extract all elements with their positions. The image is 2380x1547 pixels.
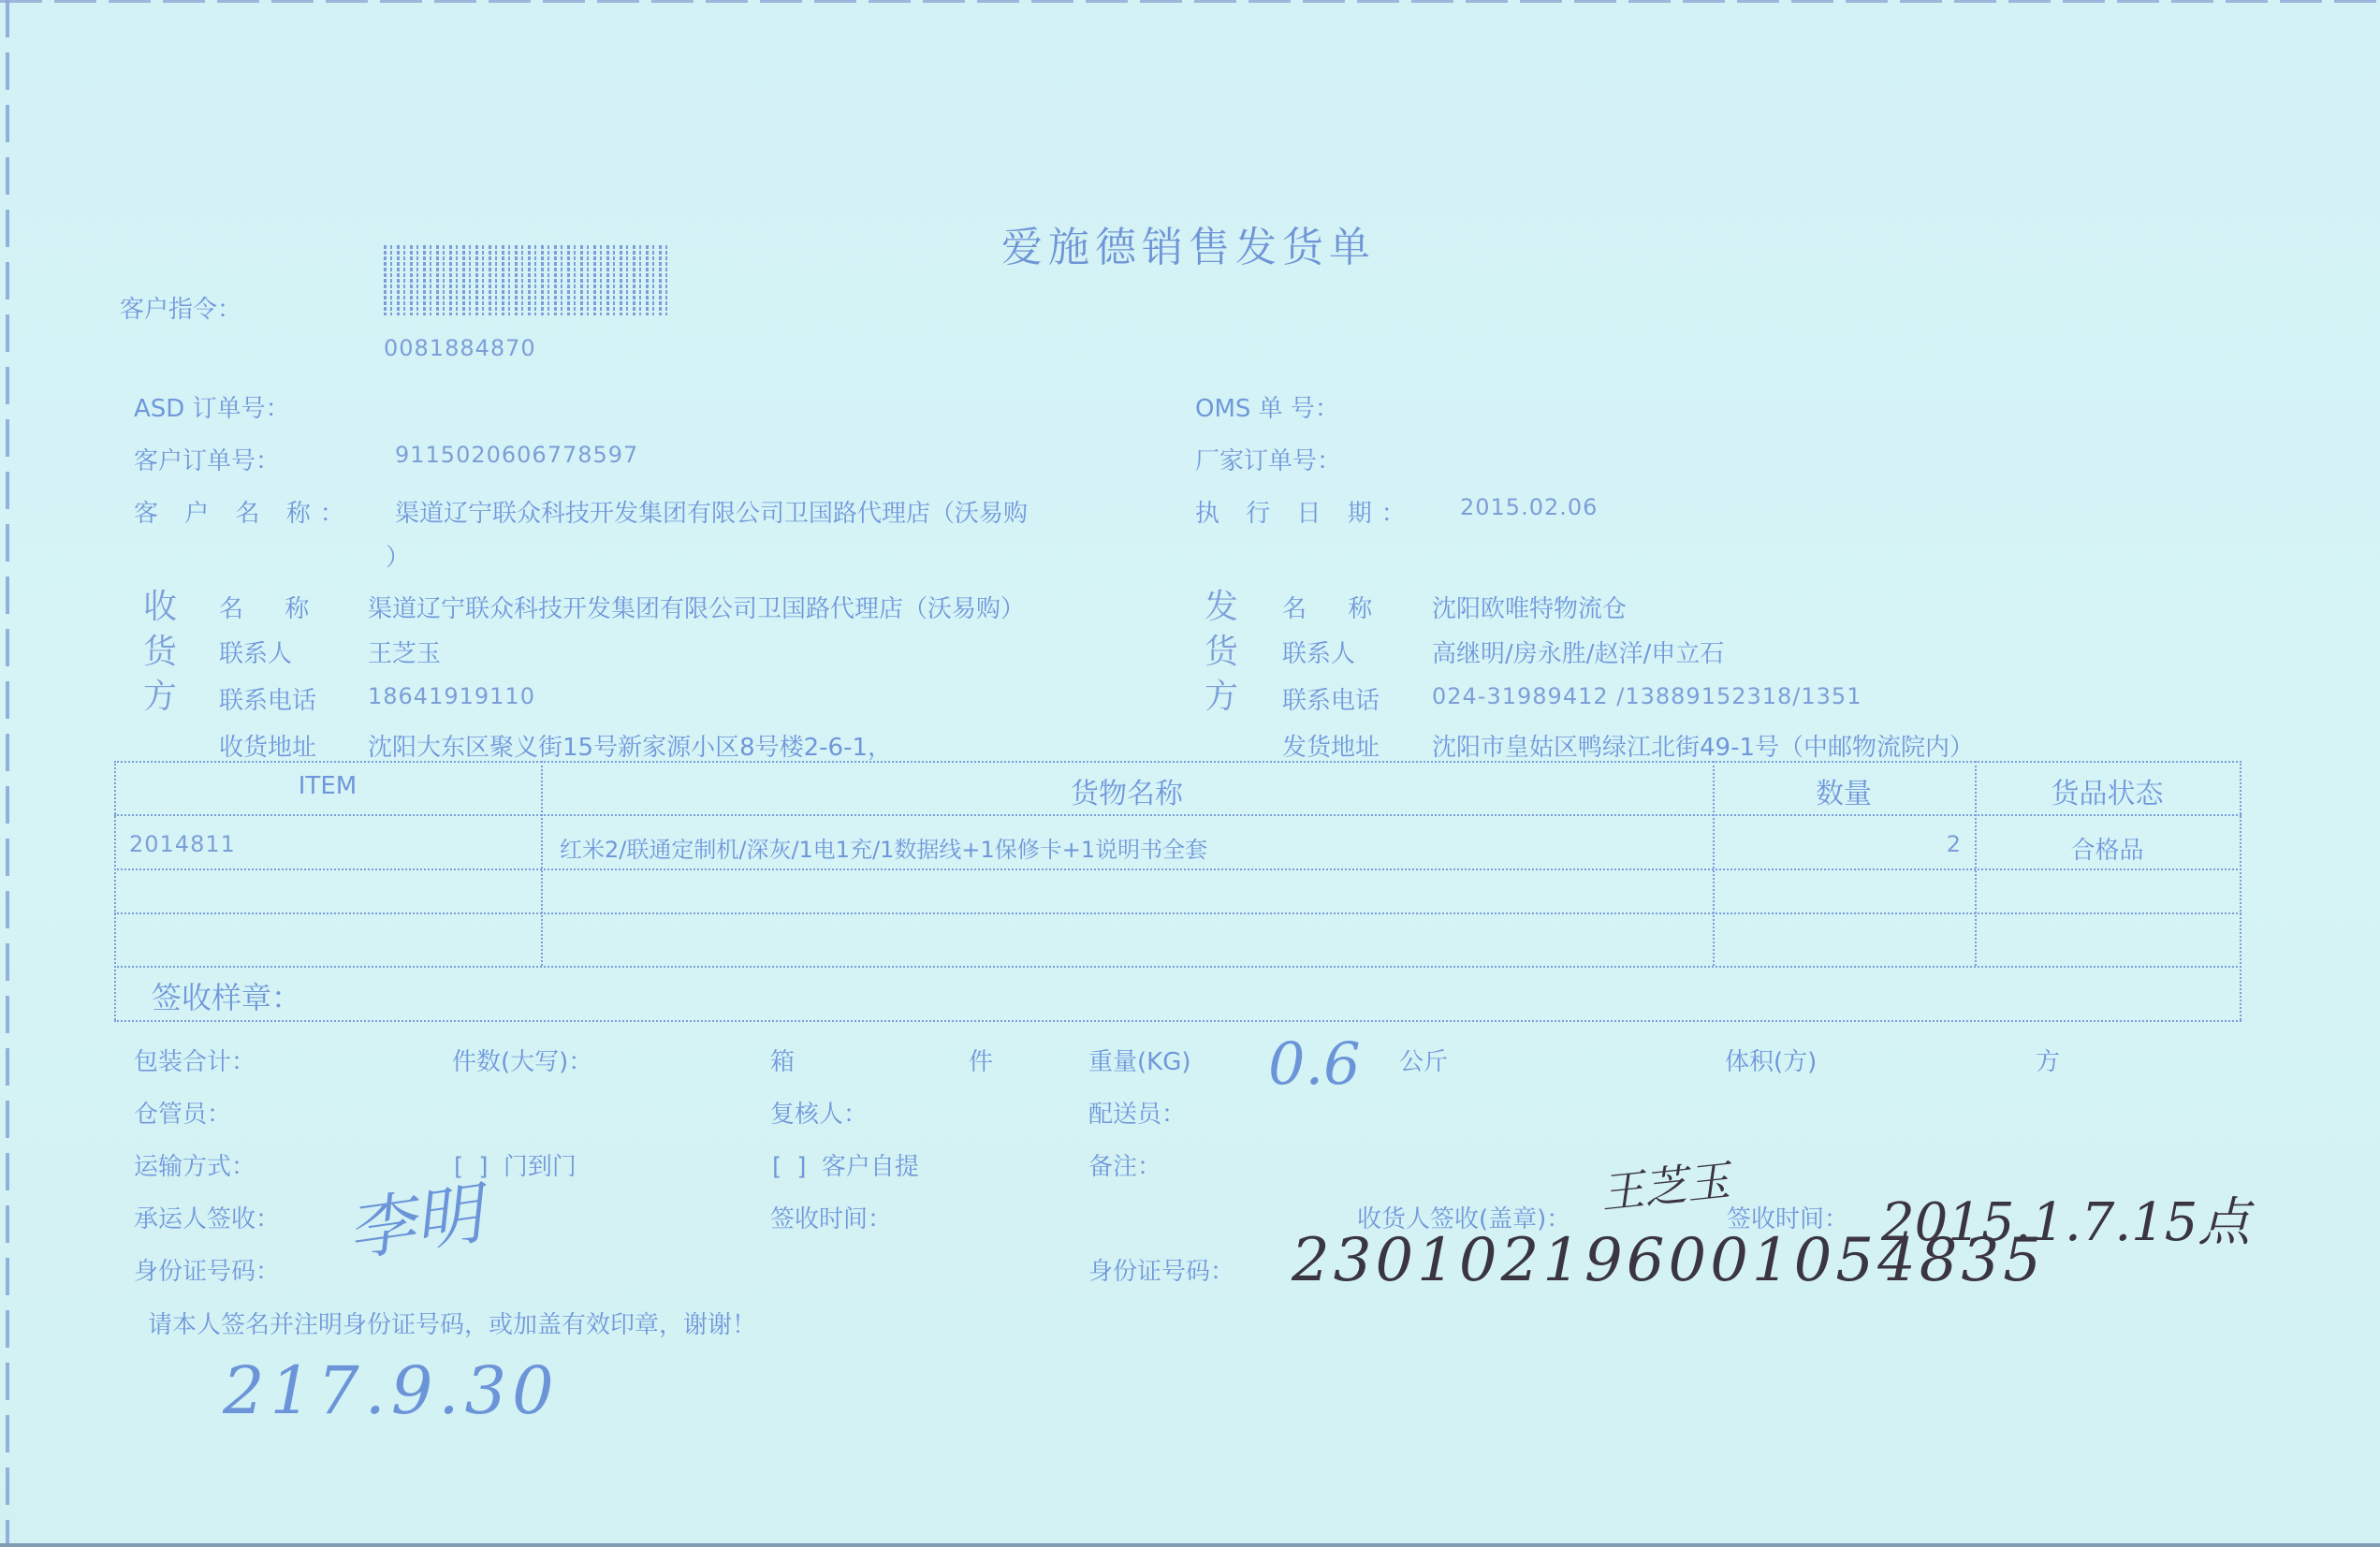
self-pickup-option[interactable]: [ ] 客户自提 (772, 1147, 919, 1182)
shipper-phone-label: 联系电话 (1282, 681, 1380, 716)
consignee-id-value: 230102196001054835 (1292, 1226, 2045, 1295)
consignee-side-char-1: 收 (143, 580, 177, 628)
shipper-side-char-1: 发 (1205, 580, 1238, 628)
package-total-label: 包装合计： (134, 1043, 256, 1077)
shipper-contact-label: 联系人 (1282, 635, 1355, 669)
shipper-side-char-3: 方 (1205, 670, 1238, 718)
customer-order-label: 客户订单号： (134, 442, 280, 476)
consignee-name-value: 渠道辽宁联众科技开发集团有限公司卫国路代理店（沃易购） (368, 590, 1025, 624)
handwritten-note: 217.9.30 (223, 1352, 560, 1429)
reviewer-label: 复核人： (770, 1095, 868, 1130)
volume-unit: 方 (2036, 1043, 2060, 1077)
header-item: ITEM (114, 772, 541, 800)
weight-label: 重量(KG) (1088, 1043, 1191, 1077)
customer-name-value: 渠道辽宁联众科技开发集团有限公司卫国路代理店（沃易购 (395, 494, 1028, 529)
customer-order-value: 9115020606778597 (395, 442, 638, 468)
header-status: 货品状态 (1975, 770, 2240, 811)
carrier-sign-label: 承运人签收： (134, 1200, 280, 1234)
consignee-address-value: 沈阳大东区聚义街15号新家源小区8号楼2-6-1， (368, 728, 892, 763)
weight-handwritten: 0.6 (1268, 1029, 1361, 1098)
asd-order-label: ASD 订单号： (134, 389, 290, 424)
sign-stamp-label: 签收样章： (152, 974, 301, 1017)
barcode (384, 245, 669, 315)
volume-label: 体积(方) (1725, 1043, 1817, 1077)
row-item: 2014811 (129, 831, 236, 857)
consignee-phone-label: 联系电话 (219, 681, 316, 716)
shipper-contact-value: 高继明/房永胜/赵洋/申立石 (1432, 635, 1724, 669)
dispatcher-label: 配送员： (1088, 1095, 1186, 1130)
row-status: 合格品 (1975, 831, 2240, 866)
consignee-id-label: 身份证号码： (1088, 1252, 1234, 1287)
consignee-side-char-2: 货 (143, 625, 177, 673)
exec-date-value: 2015.02.06 (1460, 494, 1598, 520)
consignee-name-label: 名 称 (219, 590, 326, 624)
carrier-id-label: 身份证号码： (134, 1252, 280, 1287)
header-goods-name: 货物名称 (541, 770, 1713, 811)
notice-text: 请本人签名并注明身份证号码，或加盖有效印章，谢谢！ (148, 1306, 756, 1340)
shipper-address-value: 沈阳市皇姑区鸭绿江北街49-1号（中邮物流院内） (1432, 728, 1974, 763)
consignee-contact-label: 联系人 (219, 635, 292, 669)
piece-label: 件 (969, 1043, 993, 1077)
customer-instruction-label: 客户指令： (120, 290, 241, 325)
box-label: 箱 (770, 1043, 795, 1077)
warehouse-keeper-label: 仓管员： (134, 1095, 231, 1130)
shipper-phone-value: 024-31989412 /13889152318/1351 (1432, 683, 1862, 709)
shipper-name-value: 沈阳欧唯特物流仓 (1432, 590, 1627, 624)
remarks-label: 备注： (1088, 1147, 1161, 1182)
goods-table: ITEM 货物名称 数量 货品状态 2014811 红米2/联通定制机/深灰/1… (114, 761, 2241, 1020)
oms-order-label: OMS 单 号： (1195, 389, 1339, 424)
header-quantity: 数量 (1713, 770, 1975, 811)
consignee-phone-value: 18641919110 (368, 683, 535, 709)
row-goods-name: 红米2/联通定制机/深灰/1电1充/1数据线+1保修卡+1说明书全套 (560, 831, 1207, 864)
customer-name-label: 客 户 名 称： (134, 494, 354, 529)
pieces-label: 件数(大写)： (452, 1043, 592, 1077)
carrier-sign-time-label: 签收时间： (770, 1200, 892, 1234)
consignee-contact-value: 王芝玉 (368, 635, 441, 669)
consignee-address-label: 收货地址 (219, 728, 316, 763)
shipper-address-label: 发货地址 (1282, 728, 1380, 763)
exec-date-label: 执 行 日 期： (1195, 494, 1415, 529)
transport-label: 运输方式： (134, 1147, 256, 1182)
weight-unit: 公斤 (1399, 1043, 1448, 1077)
row-quantity: 2 (1713, 831, 1962, 857)
document-title: 爱施德销售发货单 (1001, 213, 1376, 273)
carrier-signature: 李明 (340, 1159, 487, 1274)
left-perforation (6, 0, 9, 1547)
barcode-number: 0081884870 (384, 335, 536, 361)
manufacturer-order-label: 厂家订单号： (1195, 442, 1341, 476)
consignee-side-char-3: 方 (143, 670, 177, 718)
customer-name-value-cont: ） (386, 538, 410, 573)
top-perforation (0, 0, 2380, 3)
paper-bottom-edge (0, 1543, 2380, 1547)
shipper-side-char-2: 货 (1205, 625, 1238, 673)
shipper-name-label: 名 称 (1282, 590, 1389, 624)
